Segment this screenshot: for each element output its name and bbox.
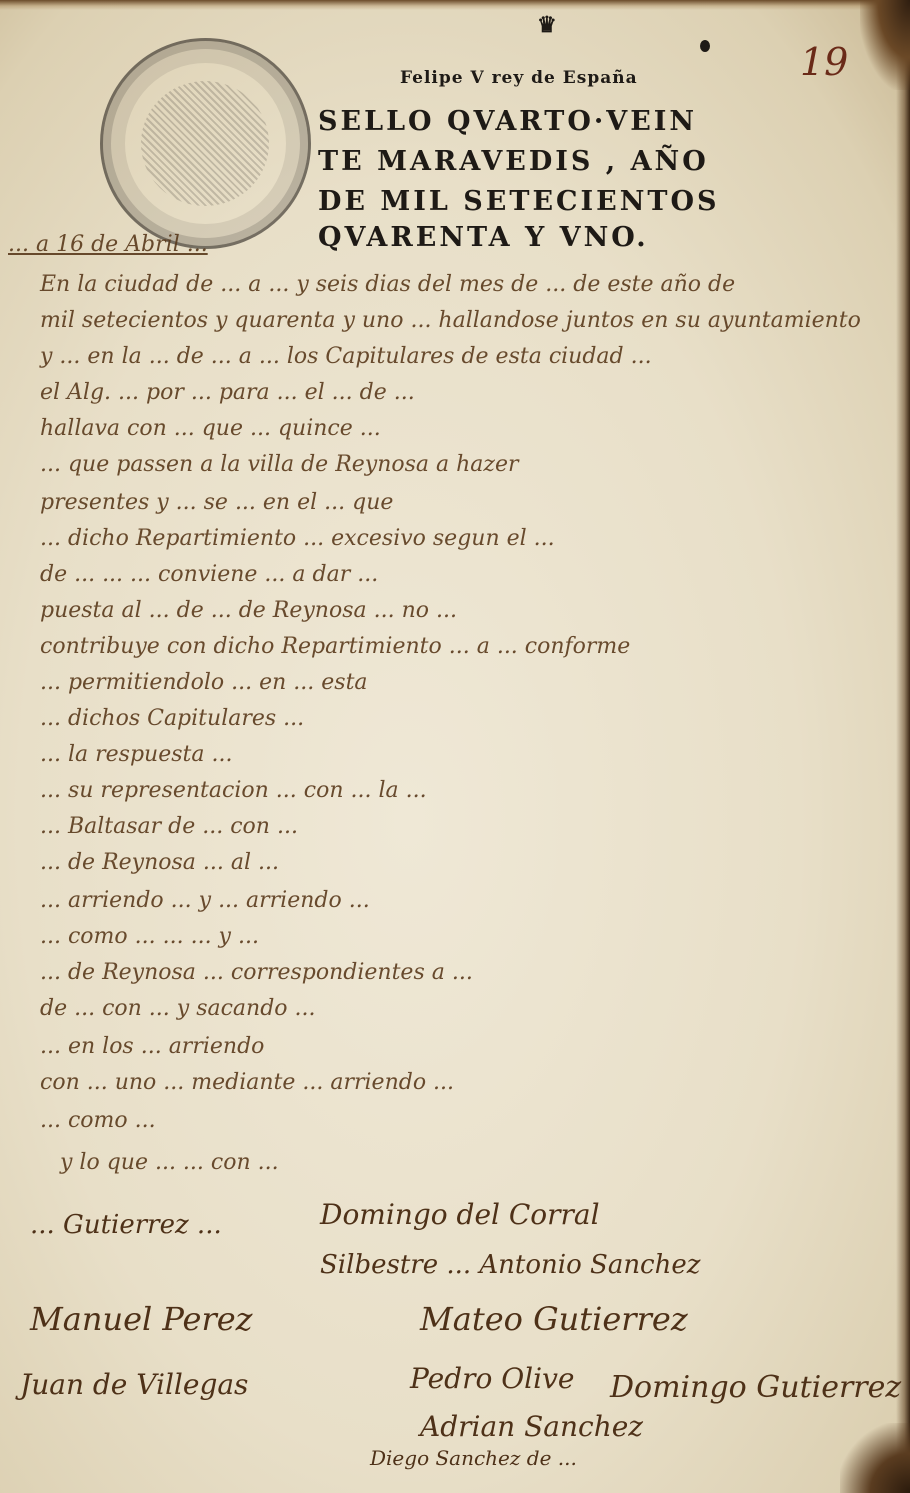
signature: Juan de Villegas — [20, 1368, 248, 1401]
body-line: ... que passen a la villa de Reynosa a h… — [40, 452, 519, 477]
body-line: presentes y ... se ... en el ... que — [40, 490, 393, 515]
page-damage-top-right — [860, 0, 910, 90]
body-line: ... como ... ... ... y ... — [40, 924, 259, 949]
seal-coat-of-arms-icon — [141, 81, 269, 206]
stamp-header: Felipe V rey de España — [400, 68, 638, 88]
stamp-line-1: SELLO QVARTO·VEIN — [318, 106, 697, 137]
body-line: ... arriendo ... y ... arriendo ... — [40, 888, 370, 913]
body-line: ... dichos Capitulares ... — [40, 706, 304, 731]
signature: Adrian Sanchez — [420, 1410, 643, 1443]
signature: ... Gutierrez ... — [30, 1210, 222, 1240]
page-damage-bottom-right — [840, 1423, 910, 1493]
body-line: ... en los ... arriendo — [40, 1034, 264, 1059]
stamp-line-2: TE MARAVEDIS , AÑO — [318, 146, 709, 177]
signature: Pedro Olive — [410, 1362, 574, 1395]
folio-number: 19 — [800, 40, 848, 84]
body-line: ... la respuesta ... — [40, 742, 232, 767]
body-line: ... Baltasar de ... con ... — [40, 814, 298, 839]
body-line: En la ciudad de ... a ... y seis dias de… — [40, 272, 735, 297]
body-line: el Alg. ... por ... para ... el ... de .… — [40, 380, 415, 405]
signature: Domingo del Corral — [320, 1198, 600, 1231]
manuscript-page: ♛ 19 Felipe V rey de España SELLO QVARTO… — [0, 0, 910, 1493]
body-line: de ... ... ... conviene ... a dar ... — [40, 562, 378, 587]
body-line: ... de Reynosa ... al ... — [40, 850, 279, 875]
page-top-edge — [0, 0, 910, 10]
body-line: hallava con ... que ... quince ... — [40, 416, 381, 441]
signature: Silbestre ... Antonio Sanchez — [320, 1250, 700, 1280]
signature: Manuel Perez — [30, 1300, 253, 1338]
body-line: con ... uno ... mediante ... arriendo ..… — [40, 1070, 454, 1095]
body-line: ... dicho Repartimiento ... excesivo seg… — [40, 526, 555, 551]
body-line: ... de Reynosa ... correspondientes a ..… — [40, 960, 473, 985]
signature: Domingo Gutierrez — [610, 1370, 901, 1405]
body-line: y ... en la ... de ... a ... los Capitul… — [40, 344, 652, 369]
signature: Mateo Gutierrez — [420, 1300, 688, 1338]
page-right-edge — [896, 0, 910, 1493]
body-line: de ... con ... y sacando ... — [40, 996, 316, 1021]
body-line: contribuye con dicho Repartimiento ... a… — [40, 634, 630, 659]
body-line: y lo que ... ... con ... — [60, 1150, 279, 1175]
date-line: ... a 16 de Abril ... — [8, 232, 208, 257]
body-line: ... su representacion ... con ... la ... — [40, 778, 427, 803]
body-line: ... permitiendolo ... en ... esta — [40, 670, 368, 695]
ink-blot — [700, 40, 710, 52]
stamp-line-4: QVARENTA Y VNO. — [318, 222, 649, 253]
body-line: ... como ... — [40, 1108, 156, 1133]
stamp-line-3: DE MIL SETECIENTOS — [318, 186, 720, 217]
body-line: mil setecientos y quarenta y uno ... hal… — [40, 308, 861, 333]
body-line: puesta al ... de ... de Reynosa ... no .… — [40, 598, 457, 623]
signature: Diego Sanchez de ... — [370, 1446, 577, 1470]
royal-seal-stamp — [100, 38, 311, 249]
crown-icon: ♛ — [537, 12, 557, 38]
